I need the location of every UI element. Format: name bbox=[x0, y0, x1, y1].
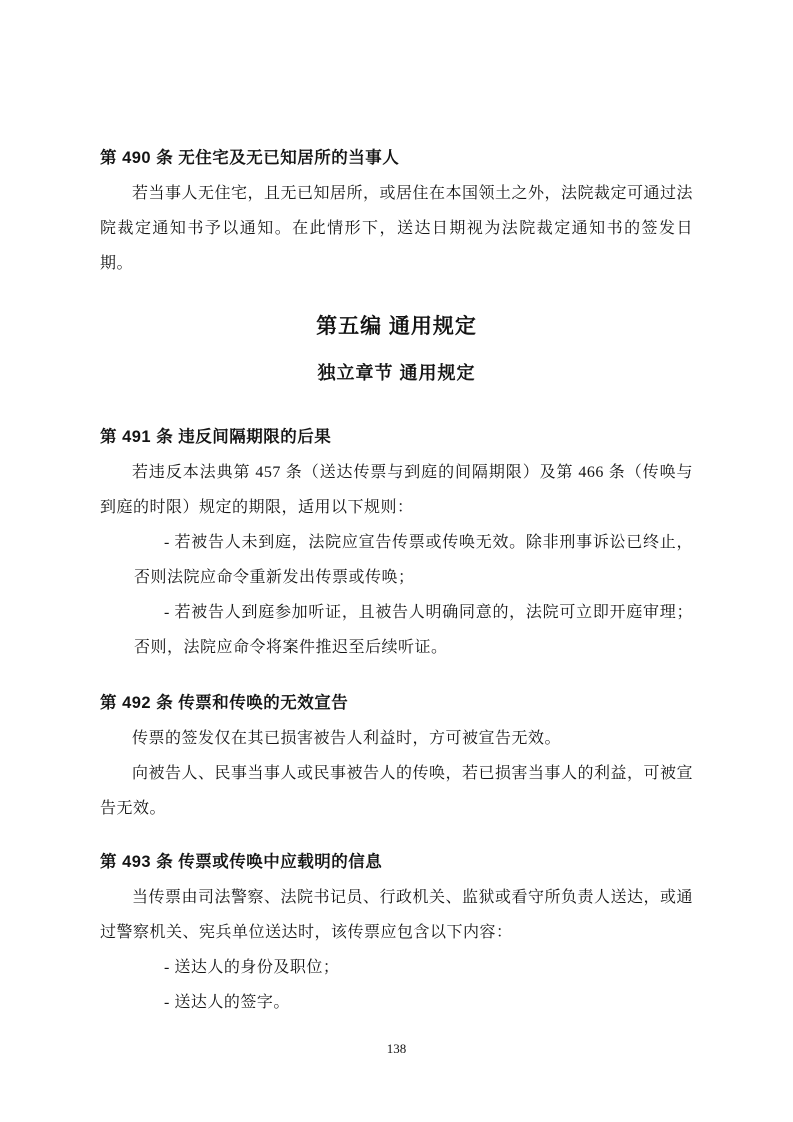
article-492-section: 第 492 条 传票和传唤的无效宣告 传票的签发仅在其已损害被告人利益时，方可被… bbox=[100, 685, 693, 826]
article-490-section: 第 490 条 无住宅及无已知居所的当事人 若当事人无住宅，且无已知居所，或居住… bbox=[100, 140, 693, 281]
article-492-paragraph: 向被告人、民事当事人或民事被告人的传唤，若已损害当事人的利益，可被宣告无效。 bbox=[100, 756, 693, 826]
page-number: 138 bbox=[0, 1040, 793, 1058]
article-490-paragraph: 若当事人无住宅，且无已知居所，或居住在本国领土之外，法院裁定可通过法院裁定通知书… bbox=[100, 176, 693, 281]
article-491-heading: 第 491 条 违反间隔期限的后果 bbox=[100, 419, 693, 455]
article-490-heading: 第 490 条 无住宅及无已知居所的当事人 bbox=[100, 140, 693, 176]
article-492-heading: 第 492 条 传票和传唤的无效宣告 bbox=[100, 685, 693, 721]
article-493-heading: 第 493 条 传票或传唤中应载明的信息 bbox=[100, 844, 693, 880]
article-493-list-item: - 送达人的身份及职位； bbox=[134, 950, 693, 985]
chapter-heading: 独立章节 通用规定 bbox=[100, 355, 693, 391]
article-493-section: 第 493 条 传票或传唤中应载明的信息 当传票由司法警察、法院书记员、行政机关… bbox=[100, 844, 693, 1020]
article-492-paragraph: 传票的签发仅在其已损害被告人利益时，方可被宣告无效。 bbox=[100, 721, 693, 756]
document-page: 第 490 条 无住宅及无已知居所的当事人 若当事人无住宅，且无已知居所，或居住… bbox=[0, 0, 793, 1122]
article-491-list-item: - 若被告人未到庭，法院应宣告传票或传唤无效。除非刑事诉讼已终止，否则法院应命令… bbox=[134, 525, 693, 595]
article-491-section: 第 491 条 违反间隔期限的后果 若违反本法典第 457 条（送达传票与到庭的… bbox=[100, 419, 693, 665]
article-491-list-item: - 若被告人到庭参加听证，且被告人明确同意的，法院可立即开庭审理；否则，法院应命… bbox=[134, 595, 693, 665]
article-493-intro: 当传票由司法警察、法院书记员、行政机关、监狱或看守所负责人送达，或通过警察机关、… bbox=[100, 880, 693, 950]
article-491-intro: 若违反本法典第 457 条（送达传票与到庭的间隔期限）及第 466 条（传唤与到… bbox=[100, 455, 693, 525]
article-493-list-item: - 送达人的签字。 bbox=[134, 985, 693, 1020]
part-heading: 第五编 通用规定 bbox=[100, 307, 693, 347]
